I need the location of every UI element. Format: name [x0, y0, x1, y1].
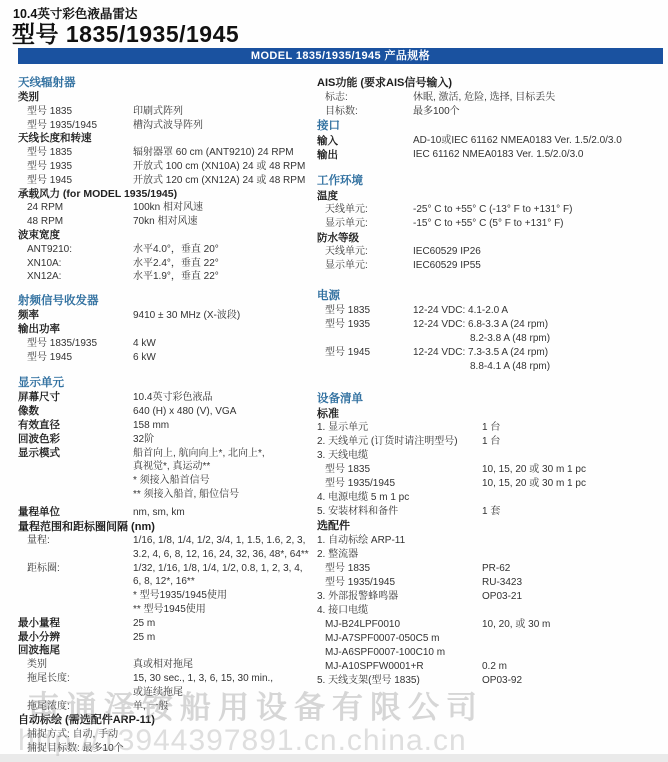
spec-row: 48 RPM70kn 相对风速	[18, 215, 318, 229]
spec-row: 输出IEC 61162 NMEA0183 Ver. 1.5/2.0/3.0	[317, 148, 665, 162]
spec-label: 拖尾浓度:	[27, 700, 133, 714]
spec-value: ** 型号1945使用	[133, 603, 318, 617]
spec-row: 最小分辨25 m	[18, 631, 318, 645]
footer-strip	[0, 754, 668, 762]
spec-value: 0.2 m	[482, 660, 665, 674]
spec-value: -25° C to +55° C (-13° F to +131° F)	[413, 203, 665, 217]
spec-row: 型号 183510, 15, 20 或 30 m 1 pc	[317, 463, 665, 477]
spec-row: 3.2, 4, 6, 8, 12, 16, 24, 32, 36, 48*, 6…	[18, 548, 318, 562]
spec-row: 显示单元:-15° C to +55° C (5° F to +131° F)	[317, 217, 665, 231]
spec-label: 回波色彩	[18, 433, 133, 447]
spec-value: 单, 一般	[133, 700, 318, 714]
spec-row: 型号 1945开放式 120 cm (XN12A) 24 或 48 RPM	[18, 174, 318, 188]
spec-label: 天线长度和转速	[18, 132, 133, 146]
spec-label: 型号 1935/1945	[27, 119, 133, 133]
spec-value: 1/16, 1/8, 1/4, 1/2, 3/4, 1, 1.5, 1.6, 2…	[133, 534, 318, 548]
spec-row: ANT9210:水平4.0°，垂直 20°	[18, 243, 318, 257]
spec-value: 3.2, 4, 6, 8, 12, 16, 24, 32, 36, 48*, 6…	[133, 548, 318, 562]
spec-row: 显示单元:IEC60529 IP55	[317, 259, 665, 273]
spec-value: 水平1.9°，垂直 22°	[133, 270, 318, 284]
spec-value: 真视觉*, 真运动**	[133, 460, 318, 474]
spec-value: 70kn 相对风速	[133, 215, 318, 229]
spec-value: 水平2.4°，垂直 22°	[133, 257, 318, 271]
spec-value: ** 须接入船首, 船位信号	[133, 488, 318, 502]
spec-label: 频率	[18, 309, 133, 323]
spec-label: 输入	[317, 134, 413, 148]
spec-line: 2. 整流器	[317, 548, 665, 562]
spec-row: 6, 8, 12*, 16**	[18, 575, 318, 589]
spec-value: -15° C to +55° C (5° F to +131° F)	[413, 217, 665, 231]
spec-column-left: 天线辐射器类别型号 1835印刷式阵列型号 1935/1945槽沟式波导阵列天线…	[18, 76, 318, 755]
spec-value: 25 m	[133, 617, 318, 631]
spec-label: ANT9210:	[27, 243, 133, 257]
spec-row: 型号 1935/194510, 15, 20 或 30 m 1 pc	[317, 477, 665, 491]
spec-row: 显示模式船首向上, 航向向上*, 北向上*,	[18, 447, 318, 461]
spec-label: 显示单元:	[325, 217, 413, 231]
spec-value: IEC 61162 NMEA0183 Ver. 1.5/2.0/3.0	[413, 148, 665, 162]
spec-value: 32阶	[133, 433, 318, 447]
spec-row: 型号 1935/1945RU-3423	[317, 576, 665, 590]
section-heading: 量程范围和距标圈间隔 (nm)	[18, 520, 318, 535]
spec-label: 5. 安装材料和备件	[317, 505, 482, 519]
section-heading: 电源	[317, 289, 665, 304]
spec-column-right: AIS功能 (要求AIS信号输入)标志:休眠, 激活, 危险, 选择, 目标丢失…	[317, 76, 665, 688]
spec-label: 型号 1935	[325, 318, 413, 332]
spec-row: 标志:休眠, 激活, 危险, 选择, 目标丢失	[317, 91, 665, 105]
page-title: 型号 1835/1935/1945	[12, 16, 239, 49]
spec-value: 印刷式阵列	[133, 105, 318, 119]
spec-value: 12-24 VDC: 7.3-3.5 A (24 rpm)	[413, 346, 665, 360]
spec-value: * 须接入船首信号	[133, 474, 318, 488]
spec-label: 标志:	[325, 91, 413, 105]
spec-label: 型号 1835	[27, 105, 133, 119]
spec-value: 最多100个	[413, 105, 665, 119]
spec-row: 防水等级	[317, 231, 665, 245]
section-spacer	[317, 162, 665, 174]
spec-row: ** 须接入船首, 船位信号	[18, 488, 318, 502]
section-heading: 显示单元	[18, 376, 318, 391]
section-spacer	[317, 273, 665, 289]
spec-label: 波束宽度	[18, 229, 133, 243]
spec-value: IEC60529 IP55	[413, 259, 665, 273]
spec-row: XN12A:水平1.9°，垂直 22°	[18, 270, 318, 284]
spec-value: AD-10或IEC 61162 NMEA0183 Ver. 1.5/2.0/3.…	[413, 134, 665, 148]
spec-row: 天线单元:-25° C to +55° C (-13° F to +131° F…	[317, 203, 665, 217]
spec-line: 4. 电源电缆 5 m 1 pc	[317, 491, 665, 505]
spec-row: 类别真或相对拖尾	[18, 658, 318, 672]
spec-label: 显示单元:	[325, 259, 413, 273]
spec-value: 1 台	[482, 435, 665, 449]
spec-label: 型号 1835	[27, 146, 133, 160]
spec-label: MJ-A10SPFW0001+R	[325, 660, 482, 674]
spec-value: 真或相对拖尾	[133, 658, 318, 672]
spec-label: 天线单元:	[325, 203, 413, 217]
spec-value: RU-3423	[482, 576, 665, 590]
section-spacer	[18, 284, 318, 294]
spec-row: 输出功率	[18, 323, 318, 337]
section-spacer	[317, 374, 665, 392]
spec-label: 防水等级	[317, 231, 413, 245]
spec-value: 开放式 120 cm (XN12A) 24 或 48 RPM	[133, 174, 318, 188]
spec-value: 15, 30 sec., 1, 3, 6, 15, 30 min.,	[133, 672, 318, 686]
spec-label: 型号 1835	[325, 562, 482, 576]
spec-line: 3. 天线电缆	[317, 449, 665, 463]
spec-value: 1 套	[482, 505, 665, 519]
spec-label: 1. 显示单元	[317, 421, 482, 435]
spec-value: 10, 15, 20 或 30 m 1 pc	[482, 463, 665, 477]
spec-label: 温度	[317, 189, 413, 203]
spec-label: 输出	[317, 148, 413, 162]
spec-row: 3. 外部报警蜂鸣器OP03-21	[317, 590, 665, 604]
spec-row: 真视觉*, 真运动**	[18, 460, 318, 474]
spec-label: 3. 外部报警蜂鸣器	[317, 590, 482, 604]
spec-label: 类别	[18, 91, 133, 105]
spec-row: 2. 天线单元 (订货时请注明型号)1 台	[317, 435, 665, 449]
spec-row: 1. 显示单元1 台	[317, 421, 665, 435]
spec-label: 类别	[27, 658, 133, 672]
section-heading: AIS功能 (要求AIS信号输入)	[317, 76, 665, 91]
spec-row: 型号 1835辐射器罩 60 cm (ANT9210) 24 RPM	[18, 146, 318, 160]
spec-value: PR-62	[482, 562, 665, 576]
spec-row: 最小量程25 m	[18, 617, 318, 631]
spec-value: 25 m	[133, 631, 318, 645]
spec-row: 承载风力 (for MODEL 1935/1945)	[18, 188, 318, 202]
spec-label: 回波拖尾	[18, 644, 133, 658]
spec-value: 158 mm	[133, 419, 318, 433]
spec-label: 有效直径	[18, 419, 133, 433]
spec-label: 型号 1935	[27, 160, 133, 174]
spec-row: 24 RPM100kn 相对风速	[18, 201, 318, 215]
spec-line: 4. 接口电缆	[317, 604, 665, 618]
spec-row: 8.8-4.1 A (48 rpm)	[317, 360, 665, 374]
spec-label: 显示模式	[18, 447, 133, 461]
spec-value: 4 kW	[133, 337, 318, 351]
spec-label: 型号 1945	[27, 351, 133, 365]
spec-value: 640 (H) x 480 (V), VGA	[133, 405, 318, 419]
spec-row: ** 型号1945使用	[18, 603, 318, 617]
spec-row: 型号 193512-24 VDC: 6.8-3.3 A (24 rpm)	[317, 318, 665, 332]
spec-value: 100kn 相对风速	[133, 201, 318, 215]
spec-row: 型号 1935/1945槽沟式波导阵列	[18, 119, 318, 133]
section-heading: 接口	[317, 119, 665, 134]
spec-label: 型号 1935/1945	[325, 576, 482, 590]
spec-row: 拖尾浓度:单, 一般	[18, 700, 318, 714]
spec-label: XN12A:	[27, 270, 133, 284]
spec-value: nm, sm, km	[133, 506, 318, 520]
spec-row: 型号 1835印刷式阵列	[18, 105, 318, 119]
spec-label: 型号 1945	[325, 346, 413, 360]
spec-line: MJ-A6SPF0007-100C10 m	[317, 646, 665, 660]
spec-row: 8.2-3.8 A (48 rpm)	[317, 332, 665, 346]
spec-label: 型号 1945	[27, 174, 133, 188]
spec-value: 开放式 100 cm (XN10A) 24 或 48 RPM	[133, 160, 318, 174]
spec-row: 天线单元:IEC60529 IP26	[317, 245, 665, 259]
spec-value: 9410 ± 30 MHz (X-波段)	[133, 309, 318, 323]
section-heading: 标准	[317, 407, 665, 422]
spec-row: MJ-A10SPFW0001+R0.2 m	[317, 660, 665, 674]
spec-label: 距标圈:	[27, 562, 133, 576]
spec-value: 休眠, 激活, 危险, 选择, 目标丢失	[413, 91, 665, 105]
spec-value: OP03-92	[482, 674, 665, 688]
spec-row: 屏幕尺寸10.4英寸彩色液晶	[18, 391, 318, 405]
spec-row: 型号 1835PR-62	[317, 562, 665, 576]
spec-row: XN10A:水平2.4°，垂直 22°	[18, 257, 318, 271]
spec-value: 10, 15, 20 或 30 m 1 pc	[482, 477, 665, 491]
spec-value: 槽沟式波导阵列	[133, 119, 318, 133]
spec-value: 或连续拖尾	[133, 686, 318, 700]
spec-label: 天线单元:	[325, 245, 413, 259]
section-heading: 天线辐射器	[18, 76, 318, 91]
spec-row: 型号 183512-24 VDC: 4.1-2.0 A	[317, 304, 665, 318]
spec-value: 船首向上, 航向向上*, 北向上*,	[133, 447, 318, 461]
spec-row: * 型号1935/1945使用	[18, 589, 318, 603]
spec-value: 1/32, 1/16, 1/8, 1/4, 1/2, 0.8, 1, 2, 3,…	[133, 562, 318, 576]
spec-label: 最小量程	[18, 617, 133, 631]
spec-label: 型号 1935/1945	[325, 477, 482, 491]
spec-value: 10.4英寸彩色液晶	[133, 391, 318, 405]
spec-value: 10, 20, 或 30 m	[482, 618, 665, 632]
spec-row: 型号 19456 kW	[18, 351, 318, 365]
spec-row: 天线长度和转速	[18, 132, 318, 146]
spec-row: 量程:1/16, 1/8, 1/4, 1/2, 3/4, 1, 1.5, 1.6…	[18, 534, 318, 548]
spec-value: 8.2-3.8 A (48 rpm)	[413, 332, 665, 346]
spec-label: 屏幕尺寸	[18, 391, 133, 405]
spec-label: 输出功率	[18, 323, 133, 337]
spec-row: 像数640 (H) x 480 (V), VGA	[18, 405, 318, 419]
spec-value: 1 台	[482, 421, 665, 435]
spec-row: 或连续拖尾	[18, 686, 318, 700]
spec-label: 48 RPM	[27, 215, 133, 229]
spec-value: IEC60529 IP26	[413, 245, 665, 259]
spec-row: 类别	[18, 91, 318, 105]
spec-sheet-page: 10.4英寸彩色液晶雷达 型号 1835/1935/1945 MODEL 183…	[0, 0, 668, 762]
spec-row: 频率9410 ± 30 MHz (X-波段)	[18, 309, 318, 323]
spec-label: 型号 1835	[325, 304, 413, 318]
spec-value: 6, 8, 12*, 16**	[133, 575, 318, 589]
spec-row: 输入AD-10或IEC 61162 NMEA0183 Ver. 1.5/2.0/…	[317, 134, 665, 148]
spec-value: 水平4.0°，垂直 20°	[133, 243, 318, 257]
spec-line: MJ-A7SPF0007-050C5 m	[317, 632, 665, 646]
spec-label: 2. 天线单元 (订货时请注明型号)	[317, 435, 482, 449]
spec-label: 最小分辨	[18, 631, 133, 645]
spec-label: 5. 天线支架(型号 1835)	[317, 674, 482, 688]
spec-value: 8.8-4.1 A (48 rpm)	[413, 360, 665, 374]
spec-row: 型号 1835/19354 kW	[18, 337, 318, 351]
spec-value: * 型号1935/1945使用	[133, 589, 318, 603]
section-spacer	[18, 364, 318, 376]
spec-label: 量程:	[27, 534, 133, 548]
section-heading: 工作环境	[317, 174, 665, 189]
spec-label: 像数	[18, 405, 133, 419]
spec-row: 有效直径158 mm	[18, 419, 318, 433]
spec-label: 拖尾长度:	[27, 672, 133, 686]
spec-label: 承载风力 (for MODEL 1935/1945)	[18, 188, 133, 202]
spec-row: * 须接入船首信号	[18, 474, 318, 488]
spec-row: 型号 194512-24 VDC: 7.3-3.5 A (24 rpm)	[317, 346, 665, 360]
spec-label: 目标数:	[325, 105, 413, 119]
spec-label: 量程单位	[18, 506, 133, 520]
spec-row: 距标圈:1/32, 1/16, 1/8, 1/4, 1/2, 0.8, 1, 2…	[18, 562, 318, 576]
spec-row: 拖尾长度:15, 30 sec., 1, 3, 6, 15, 30 min.,	[18, 672, 318, 686]
section-heading: 自动标绘 (需选配件ARP-11)	[18, 713, 318, 728]
spec-row: 回波拖尾	[18, 644, 318, 658]
model-banner: MODEL 1835/1935/1945 产品规格	[18, 48, 663, 64]
section-heading: 设备清单	[317, 392, 665, 407]
spec-row: 5. 安装材料和备件1 套	[317, 505, 665, 519]
spec-value: OP03-21	[482, 590, 665, 604]
spec-row: 5. 天线支架(型号 1835)OP03-92	[317, 674, 665, 688]
spec-label: XN10A:	[27, 257, 133, 271]
spec-value: 12-24 VDC: 4.1-2.0 A	[413, 304, 665, 318]
spec-row: 量程单位nm, sm, km	[18, 506, 318, 520]
spec-row: 目标数:最多100个	[317, 105, 665, 119]
spec-value: 12-24 VDC: 6.8-3.3 A (24 rpm)	[413, 318, 665, 332]
spec-row: 温度	[317, 189, 665, 203]
spec-row: MJ-B24LPF001010, 20, 或 30 m	[317, 618, 665, 632]
section-heading: 射频信号收发器	[18, 294, 318, 309]
spec-line: 捕捉方式: 自动, 手动	[18, 728, 318, 742]
spec-value: 辐射器罩 60 cm (ANT9210) 24 RPM	[133, 146, 318, 160]
spec-value: 6 kW	[133, 351, 318, 365]
spec-label: 24 RPM	[27, 201, 133, 215]
section-heading: 选配件	[317, 519, 665, 534]
spec-label: 型号 1835/1935	[27, 337, 133, 351]
spec-line: 1. 自动标绘 ARP-11	[317, 534, 665, 548]
spec-label: MJ-B24LPF0010	[325, 618, 482, 632]
spec-row: 波束宽度	[18, 229, 318, 243]
spec-row: 型号 1935开放式 100 cm (XN10A) 24 或 48 RPM	[18, 160, 318, 174]
spec-label: 型号 1835	[325, 463, 482, 477]
spec-row: 回波色彩32阶	[18, 433, 318, 447]
